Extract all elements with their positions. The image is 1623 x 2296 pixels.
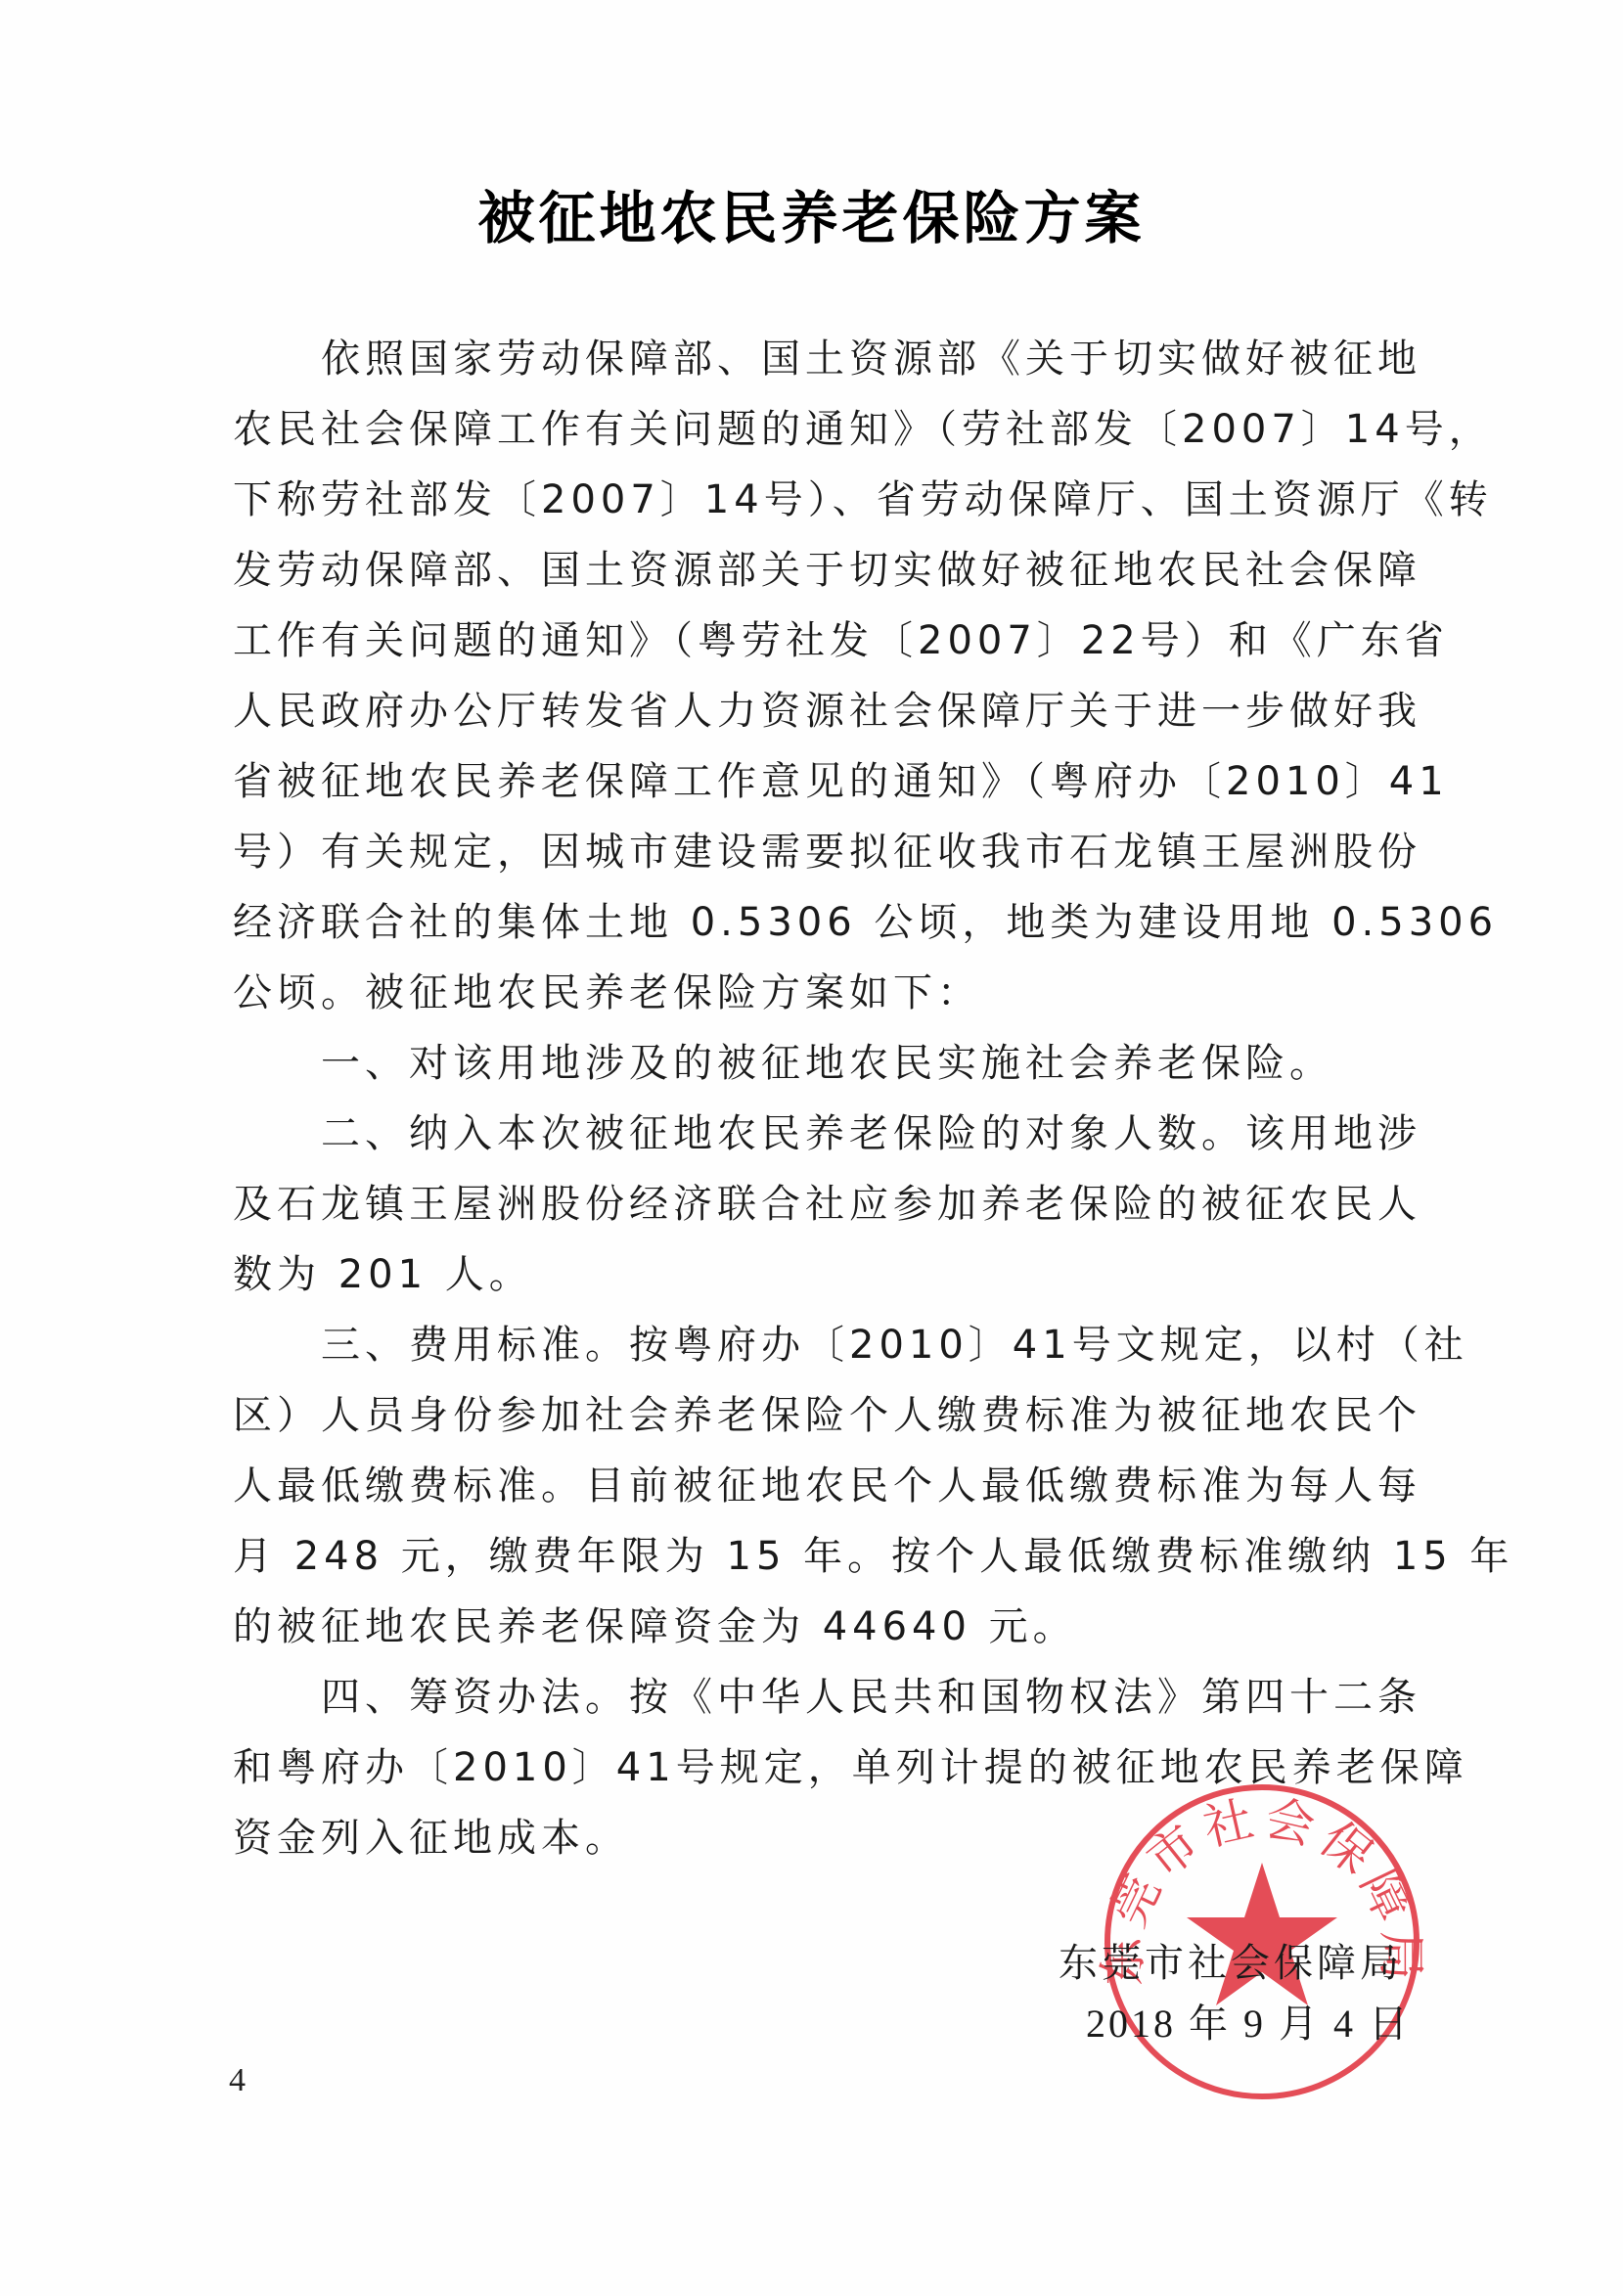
section-one: 一、对该用地涉及的被征地农民实施社会养老保险。 — [321, 1034, 1399, 1093]
body-line: 区）人员身份参加社会养老保险个人缴费标准为被征地农民个 — [233, 1386, 1399, 1445]
body-line: 公顷。被征地农民养老保险方案如下： — [233, 964, 1399, 1022]
body-line: 省被征地农民养老保障工作意见的通知》（粤府办〔2010〕41 — [233, 752, 1399, 811]
body-line: 经济联合社的集体土地 0.5306 公顷，地类为建设用地 0.5306 — [233, 893, 1399, 952]
body-line: 人民政府办公厅转发省人力资源社会保障厅关于进一步做好我 — [233, 682, 1399, 741]
section-two: 二、纳入本次被征地农民养老保险的对象人数。该用地涉 — [321, 1104, 1399, 1163]
body-line: 下称劳社部发〔2007〕14号）、省劳动保障厅、国土资源厅《转 — [233, 471, 1399, 529]
body-line: 依照国家劳动保障部、国土资源部《关于切实做好被征地 — [321, 330, 1399, 388]
body-line: 及石龙镇王屋洲股份经济联合社应参加养老保险的被征农民人 — [233, 1175, 1399, 1234]
document-page: 被征地农民养老保险方案 依照国家劳动保障部、国土资源部《关于切实做好被征地 农民… — [0, 0, 1623, 2296]
body-line: 人最低缴费标准。目前被征地农民个人最低缴费标准为每人每 — [233, 1457, 1399, 1515]
page-number: 4 — [229, 2062, 246, 2099]
document-title: 被征地农民养老保险方案 — [0, 172, 1623, 254]
body-line: 工作有关问题的通知》（粤劳社发〔2007〕22号）和《广东省 — [233, 611, 1399, 670]
body-line: 号）有关规定，因城市建设需要拟征收我市石龙镇王屋洲股份 — [233, 823, 1399, 881]
body-line: 发劳动保障部、国土资源部关于切实做好被征地农民社会保障 — [233, 541, 1399, 600]
issuer-signature: 东莞市社会保障局 — [1059, 1939, 1403, 1988]
section-three: 三、费用标准。按粤府办〔2010〕41号文规定，以村（社 — [321, 1316, 1399, 1374]
body-line: 数为 201 人。 — [233, 1245, 1399, 1304]
body-line: 月 248 元，缴费年限为 15 年。按个人最低缴费标准缴纳 15 年 — [233, 1527, 1399, 1586]
issue-date: 2018 年 9 月 4 日 — [1086, 2000, 1411, 2048]
body-line: 农民社会保障工作有关问题的通知》（劳社部发〔2007〕14号， — [233, 400, 1399, 459]
body-line: 的被征地农民养老保障资金为 44640 元。 — [233, 1598, 1399, 1656]
section-four: 四、筹资办法。按《中华人民共和国物权法》第四十二条 — [321, 1668, 1399, 1727]
